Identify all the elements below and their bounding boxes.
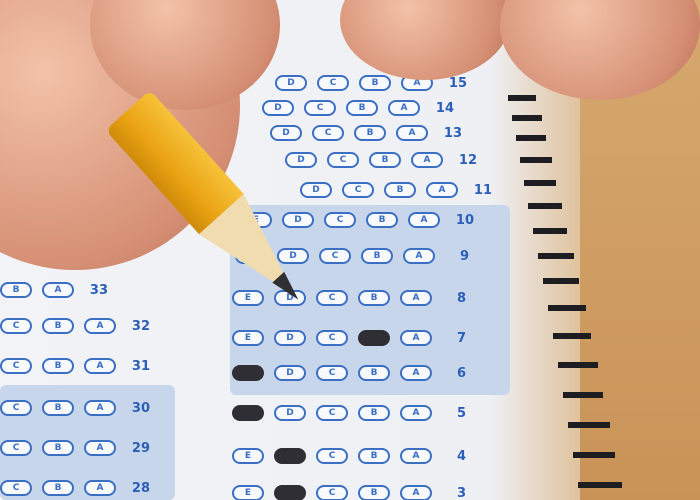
bubble[interactable]: A — [403, 248, 435, 264]
bubble[interactable]: A — [408, 212, 440, 228]
bubble[interactable]: C — [0, 358, 32, 374]
bubble[interactable]: A — [400, 448, 432, 464]
bubble[interactable]: B — [359, 75, 391, 91]
bubble[interactable]: D — [262, 100, 294, 116]
timing-mark — [558, 362, 598, 368]
question-row: DCBA13 — [270, 125, 462, 141]
bubble[interactable]: B — [366, 212, 398, 228]
question-row: CBA30 — [0, 400, 150, 416]
question-number: 8 — [442, 291, 466, 306]
photo-scene: DCBA15 DCBA14 DCBA13 DCBA12 DCBA11 EDCBA… — [0, 0, 700, 500]
question-number: 11 — [468, 183, 492, 198]
bubble[interactable]: A — [400, 290, 432, 306]
bubble[interactable]: B — [42, 440, 74, 456]
bubble-filled[interactable]: B — [358, 330, 390, 346]
question-row: DCBA11 — [300, 182, 492, 198]
timing-mark — [528, 203, 562, 209]
bubble[interactable]: A — [84, 358, 116, 374]
bubble[interactable]: A — [84, 400, 116, 416]
bubble[interactable]: C — [316, 290, 348, 306]
bubble-filled[interactable]: E — [232, 405, 264, 421]
bubble[interactable]: C — [316, 448, 348, 464]
bubble[interactable]: C — [0, 400, 32, 416]
bubble[interactable]: C — [327, 152, 359, 168]
bubble[interactable]: C — [0, 440, 32, 456]
timing-mark — [568, 422, 610, 428]
question-row: EDCBA4 — [232, 448, 466, 464]
bubble[interactable]: E — [232, 330, 264, 346]
bubble[interactable]: B — [384, 182, 416, 198]
question-number: 6 — [442, 366, 466, 381]
timing-mark — [543, 278, 579, 284]
bubble[interactable]: A — [84, 318, 116, 334]
bubble[interactable]: C — [319, 248, 351, 264]
bubble[interactable]: D — [274, 405, 306, 421]
timing-mark — [520, 157, 552, 163]
question-number: 5 — [442, 406, 466, 421]
question-row: BA33 — [0, 282, 108, 298]
question-row: EDCBA7 — [232, 330, 466, 346]
bubble[interactable]: B — [42, 480, 74, 496]
question-number: 7 — [442, 331, 466, 346]
bubble[interactable]: D — [270, 125, 302, 141]
bubble[interactable]: D — [274, 330, 306, 346]
bubble[interactable]: C — [0, 318, 32, 334]
bubble[interactable]: A — [400, 485, 432, 500]
question-number: 31 — [126, 359, 150, 374]
timing-mark — [508, 95, 536, 101]
bubble[interactable]: C — [316, 485, 348, 500]
bubble[interactable]: B — [358, 290, 390, 306]
bubble[interactable]: C — [304, 100, 336, 116]
timing-mark — [516, 135, 546, 141]
question-row: DCBA12 — [285, 152, 477, 168]
question-row: CBA31 — [0, 358, 150, 374]
question-row: EDCBA3 — [232, 485, 466, 500]
bubble-filled[interactable]: D — [274, 448, 306, 464]
bubble[interactable]: B — [358, 485, 390, 500]
question-number: 14 — [430, 101, 454, 116]
question-row: CBA28 — [0, 480, 150, 496]
bubble[interactable]: C — [0, 480, 32, 496]
question-number: 30 — [126, 401, 150, 416]
bubble[interactable]: A — [42, 282, 74, 298]
bubble[interactable]: C — [317, 75, 349, 91]
timing-mark — [538, 253, 574, 259]
bubble[interactable]: D — [275, 75, 307, 91]
bubble[interactable]: A — [84, 440, 116, 456]
question-row: DCBA14 — [262, 100, 454, 116]
question-number: 3 — [442, 486, 466, 500]
bubble[interactable]: E — [232, 485, 264, 500]
bubble[interactable]: B — [361, 248, 393, 264]
question-row: EDCBA5 — [232, 405, 466, 421]
bubble-filled[interactable]: D — [274, 485, 306, 500]
bubble[interactable]: B — [358, 405, 390, 421]
bubble[interactable]: A — [396, 125, 428, 141]
bubble[interactable]: B — [369, 152, 401, 168]
question-number: 32 — [126, 319, 150, 334]
bubble[interactable]: B — [0, 282, 32, 298]
timing-mark — [578, 482, 622, 488]
question-number: 4 — [442, 449, 466, 464]
bubble[interactable]: C — [324, 212, 356, 228]
bubble[interactable]: D — [285, 152, 317, 168]
question-number: 13 — [438, 126, 462, 141]
bubble[interactable]: D — [300, 182, 332, 198]
question-row: EDCBA10 — [240, 212, 474, 228]
timing-mark — [533, 228, 567, 234]
question-number: 12 — [453, 153, 477, 168]
question-number: 33 — [84, 283, 108, 298]
bubble[interactable]: B — [358, 365, 390, 381]
bubble[interactable]: B — [346, 100, 378, 116]
bubble[interactable]: A — [400, 405, 432, 421]
bubble[interactable]: D — [282, 212, 314, 228]
timing-mark — [553, 333, 591, 339]
bubble[interactable]: C — [312, 125, 344, 141]
bubble[interactable]: A — [388, 100, 420, 116]
bubble[interactable]: A — [426, 182, 458, 198]
bubble[interactable]: C — [342, 182, 374, 198]
timing-mark — [548, 305, 586, 311]
question-number: 9 — [445, 249, 469, 264]
bubble[interactable]: A — [84, 480, 116, 496]
question-number: 29 — [126, 441, 150, 456]
timing-mark — [563, 392, 603, 398]
bubble[interactable]: C — [316, 330, 348, 346]
question-number: 28 — [126, 481, 150, 496]
bubble[interactable]: B — [42, 358, 74, 374]
bubble[interactable]: A — [400, 330, 432, 346]
bubble-filled[interactable]: E — [232, 365, 264, 381]
bubble[interactable]: B — [42, 318, 74, 334]
bubble[interactable]: C — [316, 365, 348, 381]
bubble[interactable]: B — [358, 448, 390, 464]
bubble[interactable]: A — [400, 365, 432, 381]
question-number: 10 — [450, 213, 474, 228]
bubble[interactable]: E — [232, 448, 264, 464]
timing-mark — [573, 452, 615, 458]
bubble[interactable]: B — [42, 400, 74, 416]
bubble[interactable]: A — [411, 152, 443, 168]
bubble[interactable]: B — [354, 125, 386, 141]
bubble[interactable]: D — [274, 365, 306, 381]
question-row: CBA32 — [0, 318, 150, 334]
question-row: EDCBA6 — [232, 365, 466, 381]
timing-mark — [524, 180, 556, 186]
question-row: CBA29 — [0, 440, 150, 456]
timing-mark — [512, 115, 542, 121]
bubble[interactable]: C — [316, 405, 348, 421]
